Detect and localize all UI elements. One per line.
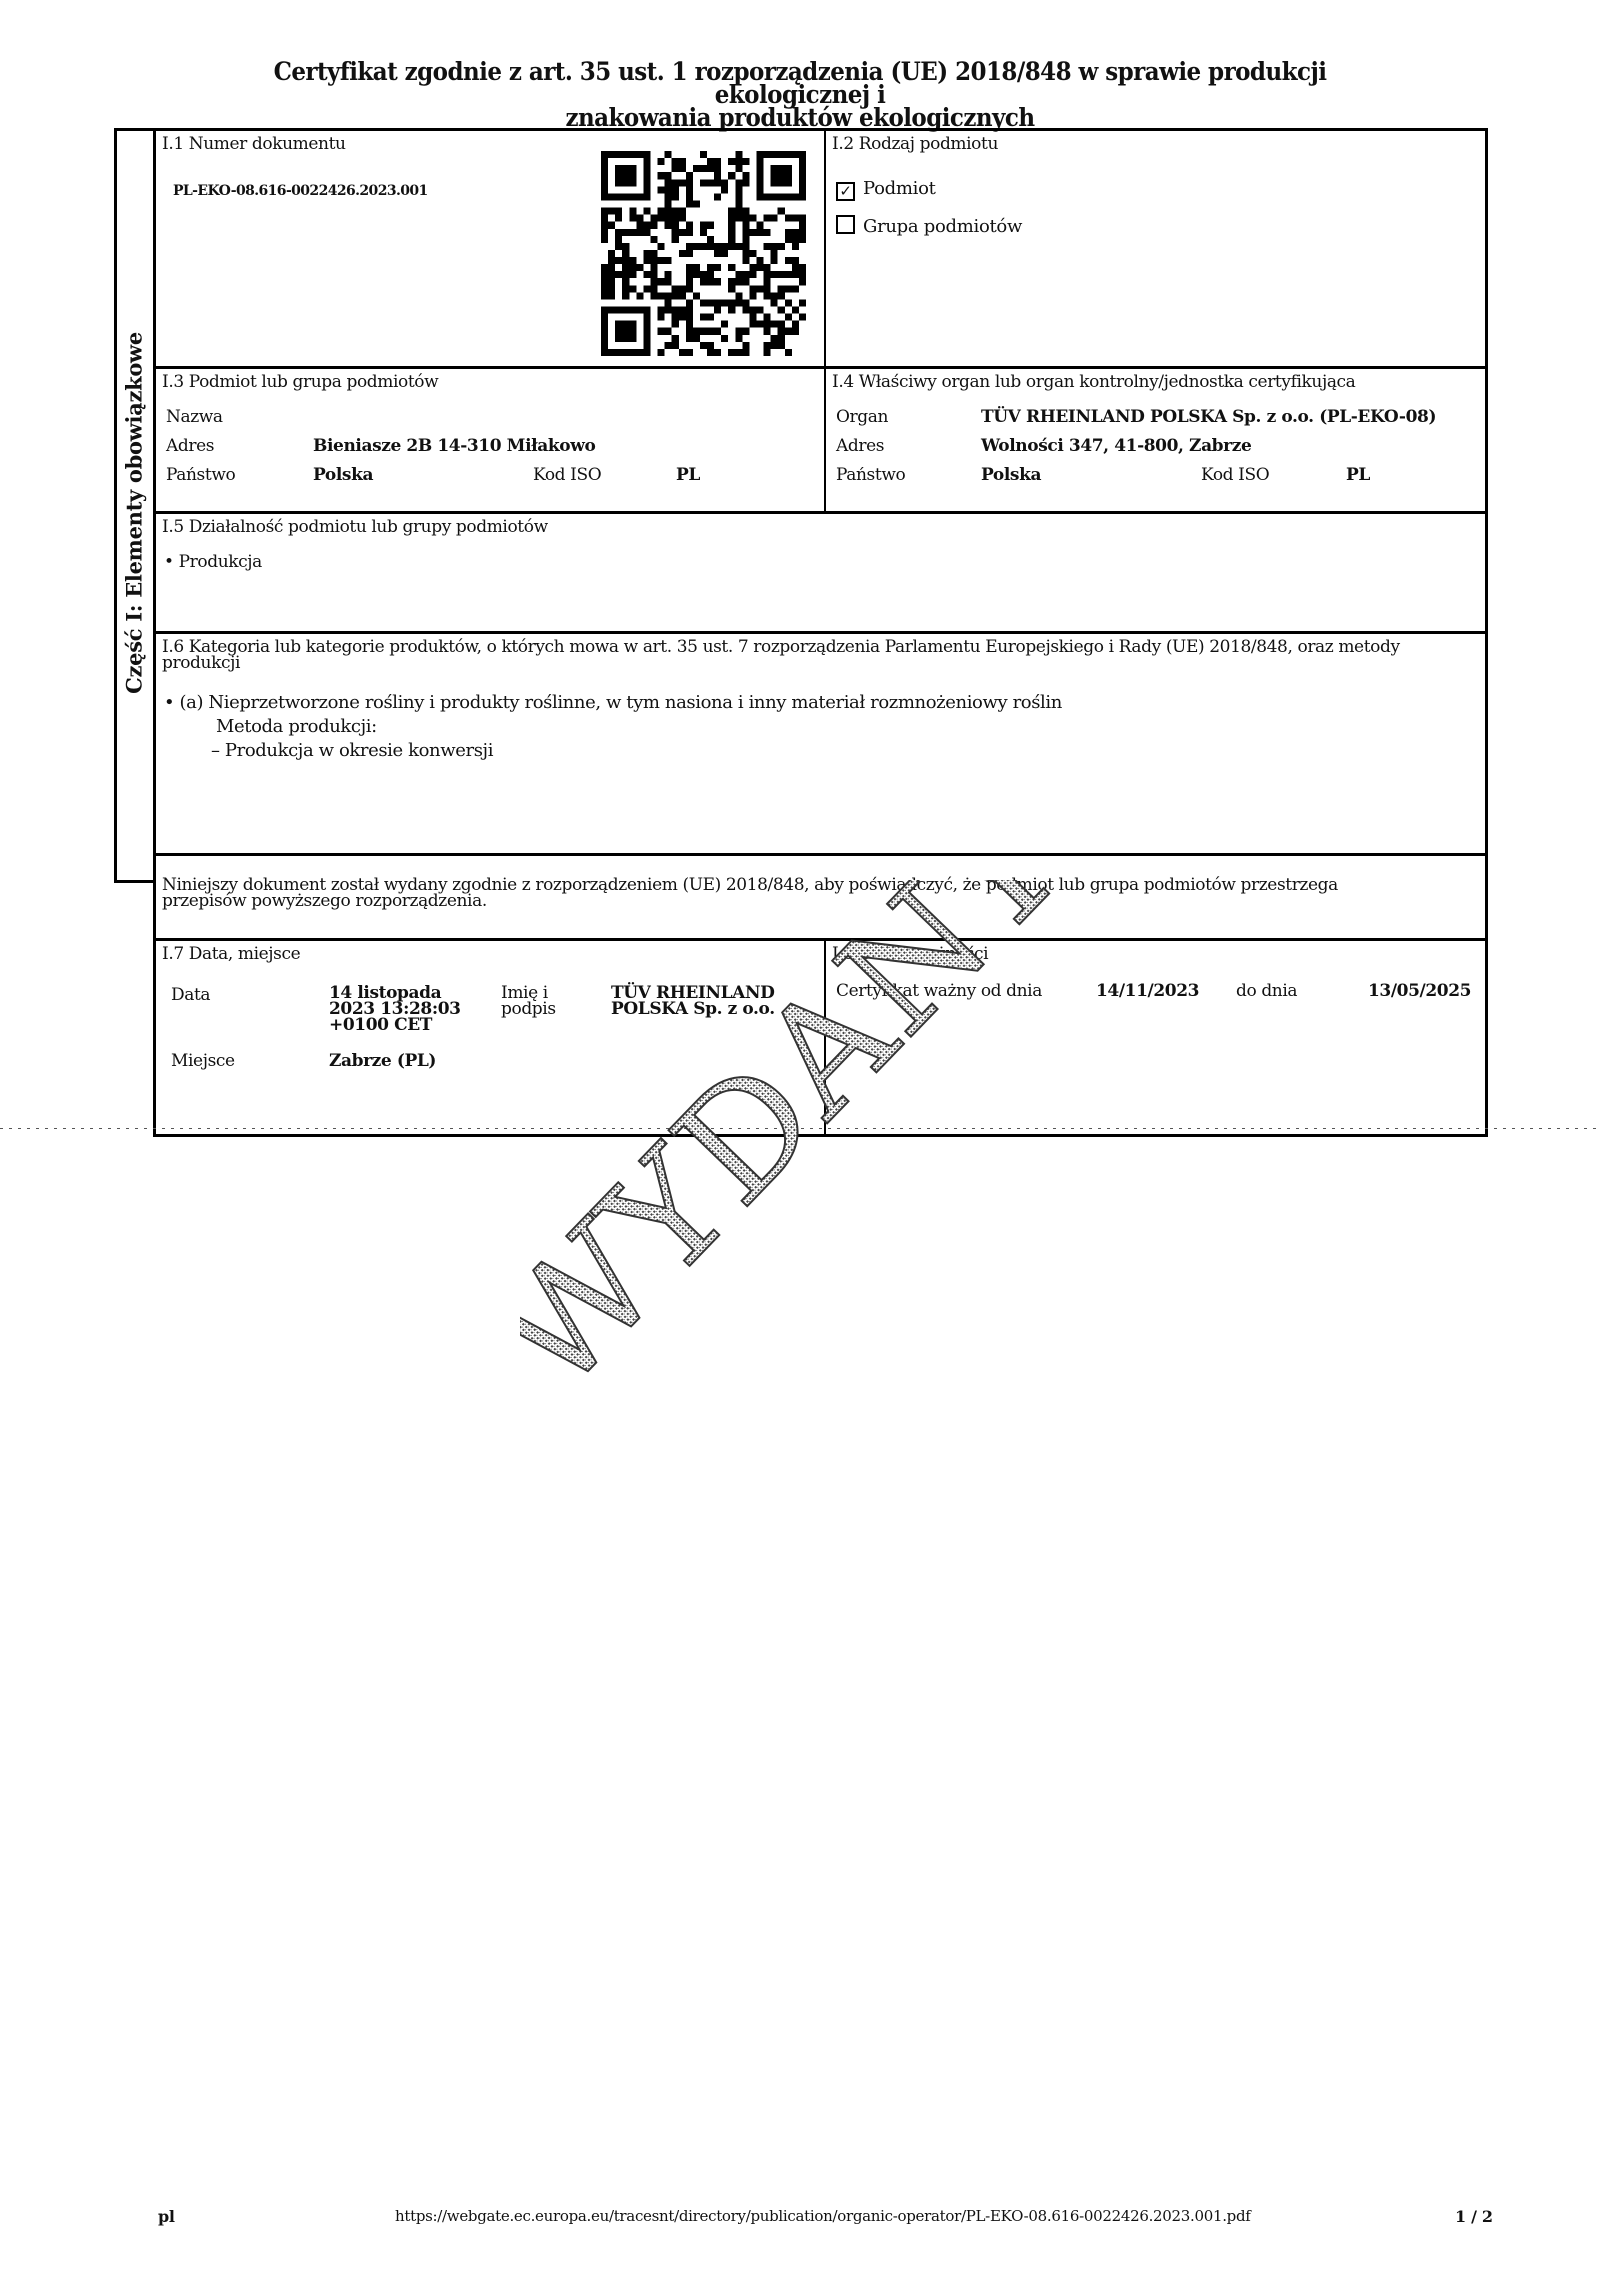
name-label: Nazwa xyxy=(166,407,223,427)
title-line-1: Certyfikat zgodnie z art. 35 ust. 1 rozp… xyxy=(202,60,1398,106)
place-label: Miejsce xyxy=(171,1051,235,1071)
footer-url[interactable]: https://webgate.ec.europa.eu/tracesnt/di… xyxy=(395,2207,1251,2225)
section-control-body: I.4 Właściwy organ lub organ kontrolny/j… xyxy=(826,369,1485,511)
certificate-table: I.1 Numer dokumentu PL-EKO-08.616-002242… xyxy=(153,128,1488,1137)
signature-label: Imię i podpis xyxy=(501,985,556,1017)
valid-from-value: 14/11/2023 xyxy=(1096,981,1199,1001)
date-value: 14 listopada 2023 13:28:03 +0100 CET xyxy=(329,985,461,1033)
section-header: I.4 Właściwy organ lub organ kontrolny/j… xyxy=(832,373,1479,392)
address-value: Wolności 347, 41-800, Zabrze xyxy=(981,436,1251,456)
iso-value: PL xyxy=(1346,465,1370,485)
iso-label: Kod ISO xyxy=(533,465,601,485)
date-label: Data xyxy=(171,985,210,1005)
category-item: • (a) Nieprzetworzone rośliny i produkty… xyxy=(164,692,1062,713)
row-3: I.5 Działalność podmiotu lub grupy podmi… xyxy=(153,514,1488,634)
address-label: Adres xyxy=(836,436,884,456)
row-6: I.7 Data, miejsce Data 14 listopada 2023… xyxy=(153,941,1488,1137)
method-label: Metoda produkcji: xyxy=(216,716,377,737)
section-header: I.8 Okres ważności xyxy=(832,945,1479,964)
section-header: I.7 Data, miejsce xyxy=(162,945,818,964)
title-line-2: znakowania produktów ekologicznych xyxy=(202,106,1398,129)
country-value: Polska xyxy=(313,465,373,485)
country-value: Polska xyxy=(981,465,1041,485)
option-podmiot[interactable]: ✓Podmiot xyxy=(836,178,936,201)
section-operator: I.3 Podmiot lub grupa podmiotów Nazwa Ad… xyxy=(156,369,826,511)
option-label: Grupa podmiotów xyxy=(863,216,1022,237)
document-title: Certyfikat zgodnie z art. 35 ust. 1 rozp… xyxy=(202,60,1398,129)
row-4: I.6 Kategoria lub kategorie produktów, o… xyxy=(153,634,1488,856)
method-value: – Produkcja w okresie konwersji xyxy=(211,740,493,761)
option-label: Podmiot xyxy=(863,178,936,199)
checkbox-checked-icon[interactable]: ✓ xyxy=(836,182,855,201)
section-product-category: I.6 Kategoria lub kategorie produktów, o… xyxy=(156,634,1485,853)
qr-code-icon xyxy=(601,151,806,356)
valid-to-value: 13/05/2025 xyxy=(1368,981,1471,1001)
address-label: Adres xyxy=(166,436,214,456)
section-header: I.2 Rodzaj podmiotu xyxy=(832,135,1479,154)
section-document-number: I.1 Numer dokumentu PL-EKO-08.616-002242… xyxy=(156,131,826,366)
row-1: I.1 Numer dokumentu PL-EKO-08.616-002242… xyxy=(153,128,1488,369)
section-date-place: I.7 Data, miejsce Data 14 listopada 2023… xyxy=(156,941,826,1134)
valid-from-label: Certyfikat ważny od dnia xyxy=(836,981,1042,1001)
document-number: PL-EKO-08.616-0022426.2023.001 xyxy=(173,183,428,199)
row-5: Niniejszy dokument został wydany zgodnie… xyxy=(153,856,1488,941)
scan-artifact xyxy=(0,1128,1600,1129)
declaration: Niniejszy dokument został wydany zgodnie… xyxy=(156,856,1485,938)
activity-item: • Produkcja xyxy=(164,552,262,572)
section-header: I.5 Działalność podmiotu lub grupy podmi… xyxy=(162,518,1479,537)
country-label: Państwo xyxy=(166,465,235,485)
section-header-line-1: I.6 Kategoria lub kategorie produktów, o… xyxy=(162,638,1479,657)
iso-value: PL xyxy=(676,465,700,485)
row-2: I.3 Podmiot lub grupa podmiotów Nazwa Ad… xyxy=(153,369,1488,514)
address-value: Bieniasze 2B 14-310 Miłakowo xyxy=(313,436,595,456)
place-value: Zabrze (PL) xyxy=(329,1051,436,1071)
organ-label: Organ xyxy=(836,407,888,427)
iso-label: Kod ISO xyxy=(1201,465,1269,485)
country-label: Państwo xyxy=(836,465,905,485)
footer-language: pl xyxy=(158,2207,175,2226)
signature-value: TÜV RHEINLAND POLSKA Sp. z o.o. xyxy=(611,985,775,1017)
footer-page-number: 1 / 2 xyxy=(1455,2207,1493,2226)
section-activity: I.5 Działalność podmiotu lub grupy podmi… xyxy=(156,514,1485,631)
section-entity-type: I.2 Rodzaj podmiotu ✓Podmiot Grupa podmi… xyxy=(826,131,1485,366)
section-header: I.3 Podmiot lub grupa podmiotów xyxy=(162,373,818,392)
option-grupa-podmiotow[interactable]: Grupa podmiotów xyxy=(836,215,1022,237)
section-validity: I.8 Okres ważności Certyfikat ważny od d… xyxy=(826,941,1485,1134)
valid-to-label: do dnia xyxy=(1236,981,1297,1001)
checkbox-unchecked-icon[interactable] xyxy=(836,215,855,234)
organ-value: TÜV RHEINLAND POLSKA Sp. z o.o. (PL-EKO-… xyxy=(981,407,1436,427)
